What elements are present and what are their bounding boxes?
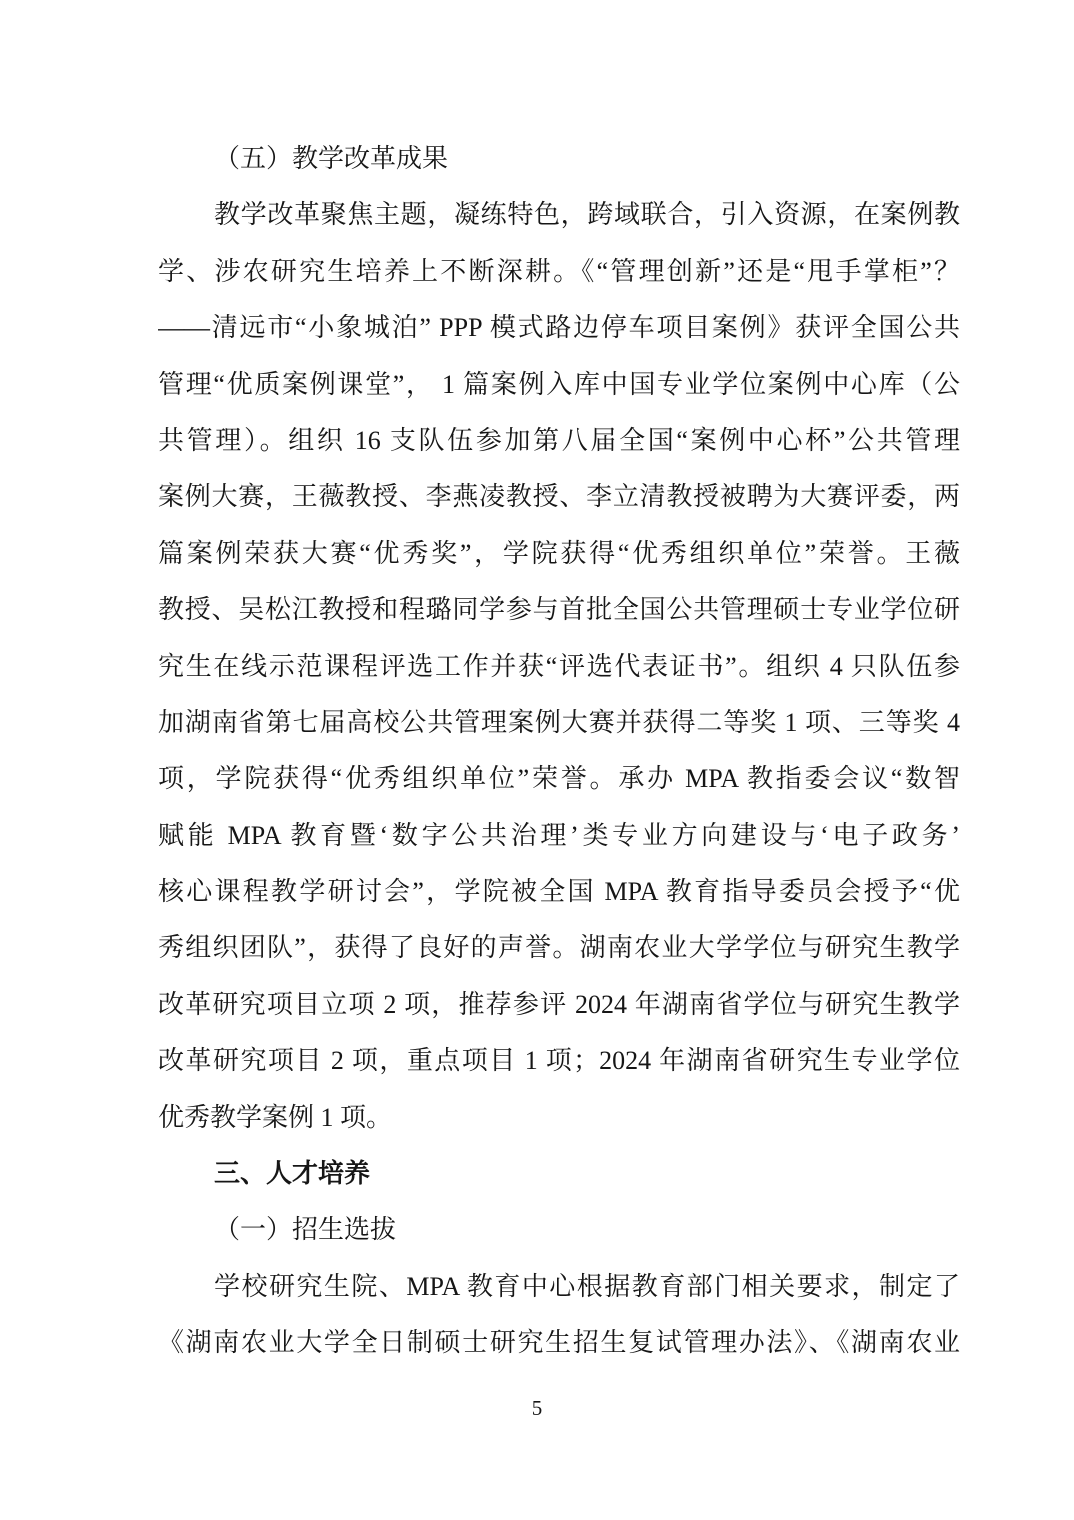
text-line: 项，学院获得“优秀组织单位”荣誉。承办 MPA 教指委会议“数智 [158,751,960,807]
sub-heading: （五）教学改革成果 [158,131,960,187]
text-line: 《湖南农业大学全日制硕士研究生招生复试管理办法》、《湖南农业 [158,1315,960,1371]
text-line: 篇案例荣获大赛“优秀奖”，学院获得“优秀组织单位”荣誉。王薇 [158,526,960,582]
text-line: 教学改革聚焦主题，凝练特色，跨域联合，引入资源，在案例教 [158,187,960,243]
sub-heading: （一）招生选拔 [158,1202,960,1258]
text-line: 教授、吴松江教授和程璐同学参与首批全国公共管理硕士专业学位研 [158,582,960,638]
text-line: 加湖南省第七届高校公共管理案例大赛并获得二等奖 1 项、三等奖 4 [158,695,960,751]
text-line: 改革研究项目 2 项，重点项目 1 项；2024 年湖南省研究生专业学位 [158,1033,960,1089]
text-line: 管理“优质案例课堂”， 1 篇案例入库中国专业学位案例中心库（公 [158,357,960,413]
text-line: 核心课程教学研讨会”，学院被全国 MPA 教育指导委员会授予“优 [158,864,960,920]
text-line: 改革研究项目立项 2 项，推荐参评 2024 年湖南省学位与研究生教学 [158,977,960,1033]
text-line: 共管理）。组织 16 支队伍参加第八届全国“案例中心杯”公共管理 [158,413,960,469]
text-line: 案例大赛，王薇教授、李燕凌教授、李立清教授被聘为大赛评委，两 [158,469,960,525]
text-line: 学、涉农研究生培养上不断深耕。《“管理创新”还是“甩手掌柜”？ [158,244,960,300]
text-line: 赋能 MPA 教育暨‘数字公共治理’类专业方向建设与‘电子政务’ [158,808,960,864]
page-number: 5 [0,1394,1074,1422]
text-line: 究生在线示范课程评选工作并获“评选代表证书”。组织 4 只队伍参 [158,639,960,695]
document-page: （五）教学改革成果教学改革聚焦主题，凝练特色，跨域联合，引入资源，在案例教学、涉… [0,0,1074,1520]
text-line: 学校研究生院、MPA 教育中心根据教育部门相关要求，制定了 [158,1259,960,1315]
text-line: 优秀教学案例 1 项。 [158,1090,960,1146]
document-body: （五）教学改革成果教学改革聚焦主题，凝练特色，跨域联合，引入资源，在案例教学、涉… [158,131,960,1372]
section-heading: 三、人才培养 [158,1146,960,1202]
text-line: ——清远市“小象城泊” PPP 模式路边停车项目案例》获评全国公共 [158,300,960,356]
text-line: 秀组织团队”，获得了良好的声誉。湖南农业大学学位与研究生教学 [158,920,960,976]
